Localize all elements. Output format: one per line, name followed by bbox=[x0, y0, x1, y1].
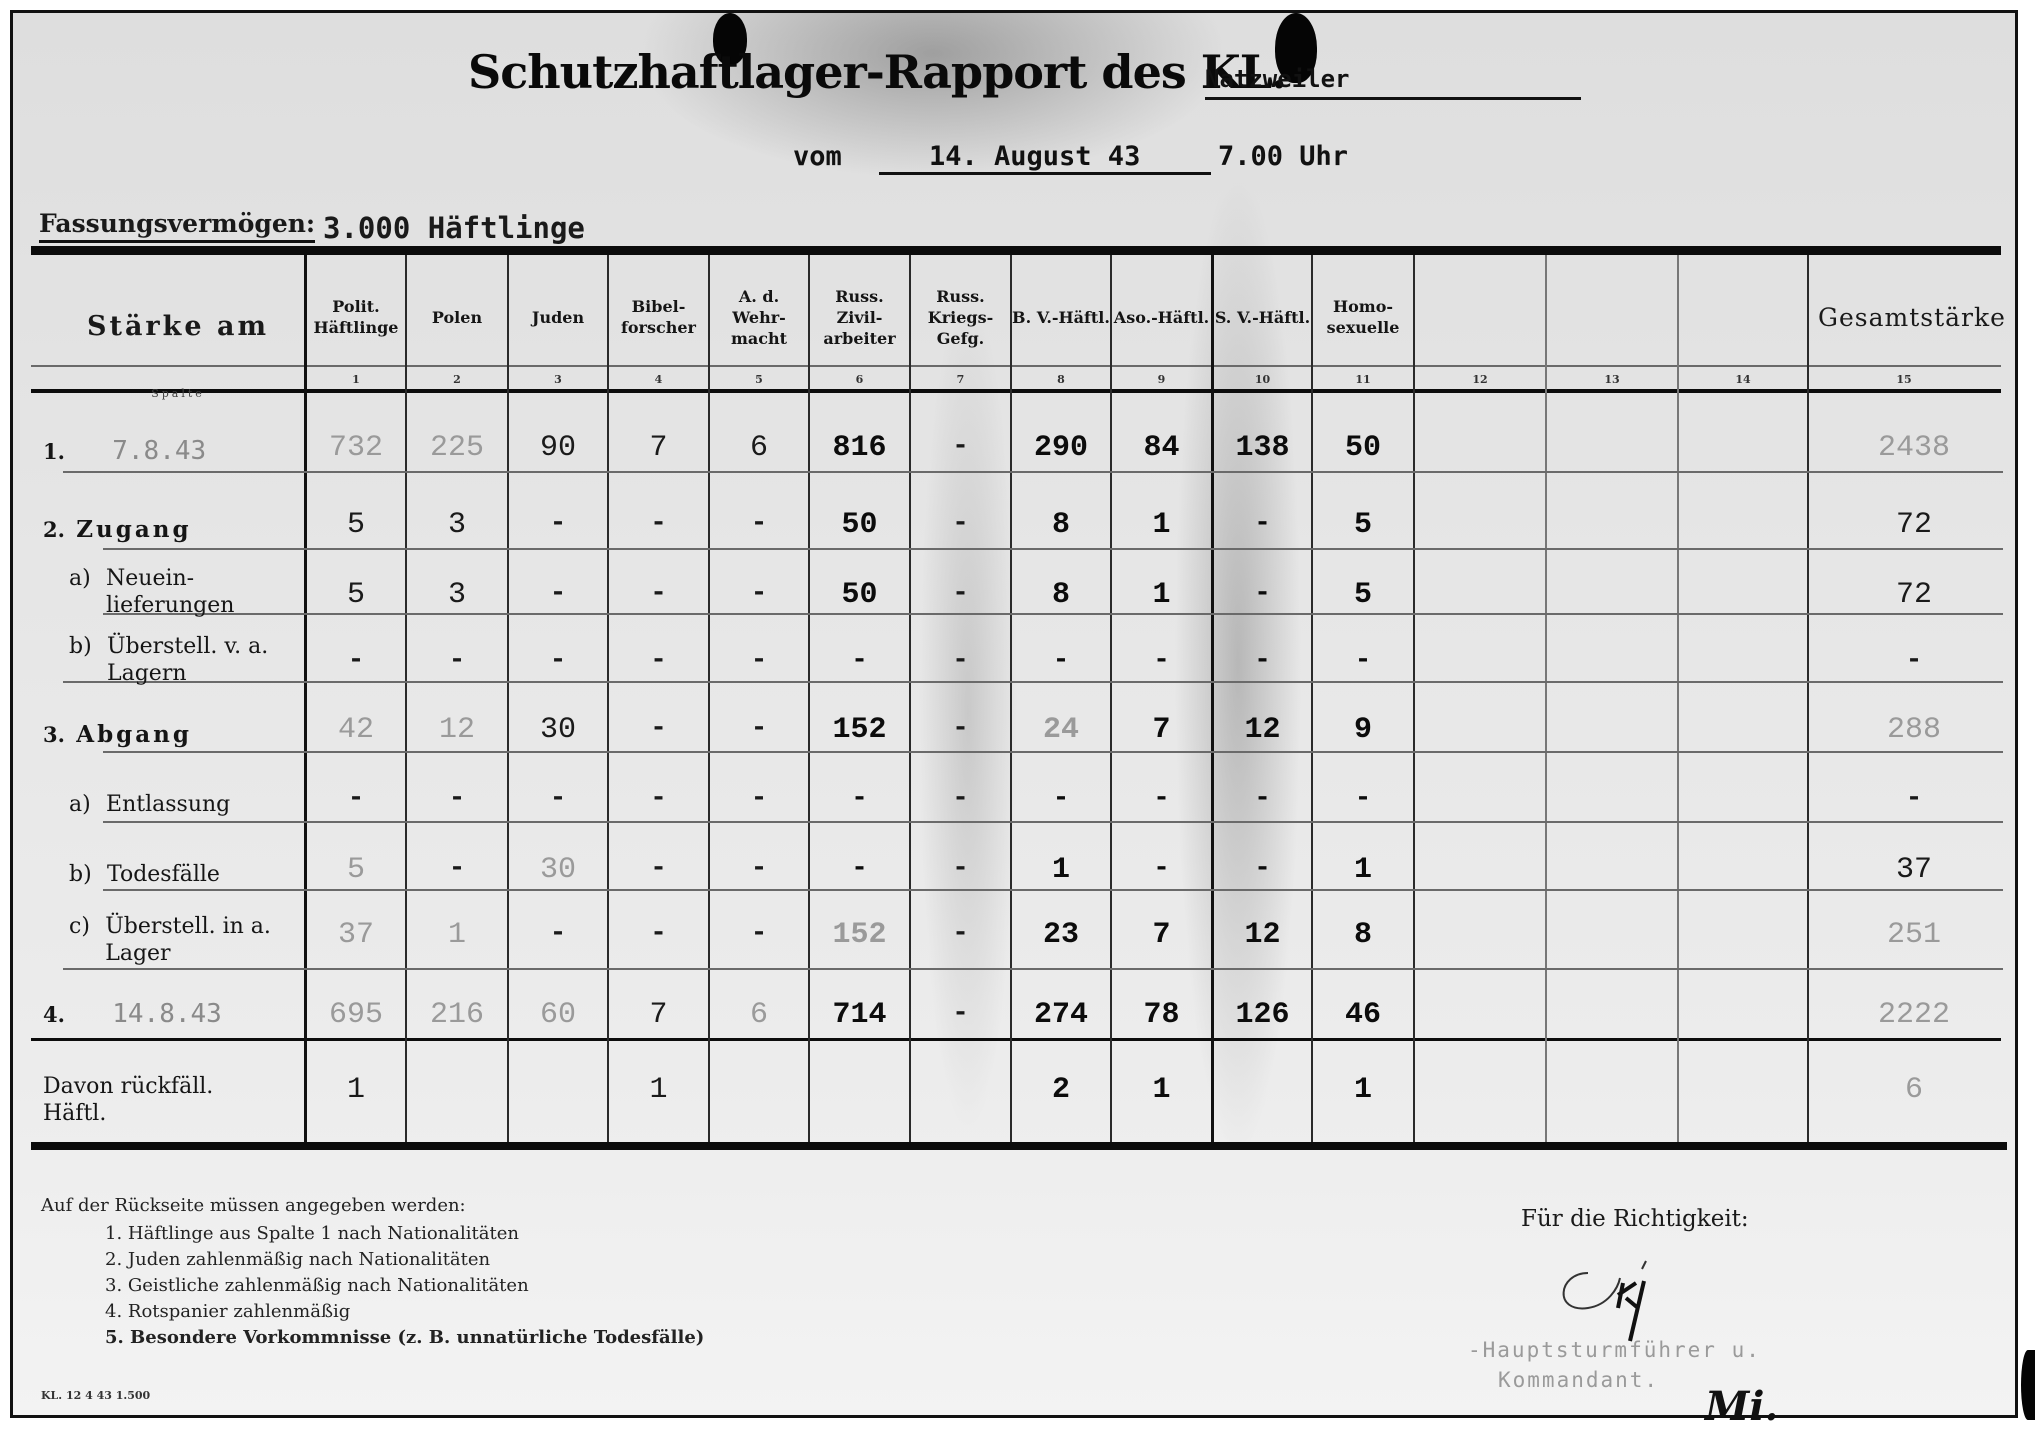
handwritten-signature-icon bbox=[1548, 1253, 1698, 1343]
header-subrule bbox=[31, 365, 2001, 367]
table-cell: - bbox=[710, 713, 808, 744]
table-cell: - bbox=[1214, 853, 1311, 884]
table-cell: 30 bbox=[509, 713, 607, 747]
row-number: 3. bbox=[43, 722, 65, 747]
column-number: 8 bbox=[1012, 373, 1110, 386]
table-cell: - bbox=[911, 645, 1010, 676]
row-label-abgang: 3. Abgang bbox=[43, 721, 192, 749]
row-label-ueberstell-von-lagern: b) Überstell. v. a. Lagern bbox=[69, 633, 289, 687]
column-number: 10 bbox=[1214, 373, 1311, 386]
table-cell: 5 bbox=[1313, 578, 1413, 612]
table-cell: - bbox=[1214, 645, 1311, 676]
table-cell: 1 bbox=[1112, 508, 1211, 542]
table-cell: 1 bbox=[307, 1073, 405, 1107]
column-header-aso-haeftl: Aso.-Häftl. bbox=[1112, 271, 1211, 363]
table-cell: - bbox=[609, 783, 708, 814]
row-number: 2. bbox=[43, 517, 65, 542]
notes-heading: Auf der Rückseite müssen angegeben werde… bbox=[41, 1193, 704, 1219]
column-divider bbox=[1545, 255, 1547, 1142]
table-cell: 126 bbox=[1214, 998, 1311, 1032]
form-number: KL. 12 4 43 1.500 bbox=[41, 1389, 150, 1402]
report-time-field: 7.00 Uhr bbox=[1218, 141, 1348, 172]
table-cell: 138 bbox=[1214, 431, 1311, 465]
table-cell: - bbox=[609, 645, 708, 676]
row-label-end-date: 4. 14.8.43 bbox=[43, 1001, 222, 1029]
table-cell: - bbox=[509, 578, 607, 609]
table-cell: - bbox=[609, 508, 708, 539]
table-cell: 251 bbox=[1819, 918, 2009, 952]
table-cell: 7 bbox=[609, 431, 708, 465]
table-cell: - bbox=[509, 645, 607, 676]
table-cell: - bbox=[710, 508, 808, 539]
table-cell: 2 bbox=[1012, 1073, 1110, 1107]
table-bottom-rule bbox=[31, 1142, 2007, 1150]
table-cell: - bbox=[1819, 783, 2009, 814]
table-cell: - bbox=[1112, 783, 1211, 814]
table-cell: 8 bbox=[1012, 508, 1110, 542]
row-divider bbox=[63, 681, 2003, 683]
column-header-russ-kriegsgefangene: Russ. Kriegs-Gefg. bbox=[911, 271, 1010, 363]
notes-item: 2. Juden zahlenmäßig nach Nationalitäten bbox=[105, 1247, 704, 1273]
table-cell: 9 bbox=[1313, 713, 1413, 747]
column-header-bibelforscher: Bibel-forscher bbox=[609, 271, 708, 363]
table-cell: 2438 bbox=[1819, 431, 2009, 465]
table-cell: - bbox=[710, 918, 808, 949]
row-label-rueckfaellige: Davon rückfäll. Häftl. bbox=[43, 1073, 263, 1127]
column-number: 2 bbox=[407, 373, 507, 386]
row-title: Abgang bbox=[76, 721, 192, 748]
column-number: 5 bbox=[710, 373, 808, 386]
table-cell: 72 bbox=[1819, 508, 2009, 542]
notes-item: 4. Rotspanier zahlenmäßig bbox=[105, 1299, 704, 1325]
table-cell: 274 bbox=[1012, 998, 1110, 1032]
table-cell: - bbox=[911, 578, 1010, 609]
table-cell: 24 bbox=[1012, 713, 1110, 747]
table-cell: - bbox=[1012, 783, 1110, 814]
row-title: Zugang bbox=[76, 516, 191, 543]
table-cell: - bbox=[407, 645, 507, 676]
table-cell: 216 bbox=[407, 998, 507, 1032]
table-cell: 72 bbox=[1819, 578, 2009, 612]
table-cell: 714 bbox=[810, 998, 909, 1032]
column-header-polit-haeftlinge: Polit. Häftlinge bbox=[307, 271, 405, 363]
table-cell: - bbox=[710, 578, 808, 609]
row-divider bbox=[103, 751, 2003, 753]
row-number: a) bbox=[69, 566, 91, 591]
column-header-polen: Polen bbox=[407, 271, 507, 363]
table-cell: 7 bbox=[1112, 713, 1211, 747]
table-cell: - bbox=[609, 578, 708, 609]
table-cell: - bbox=[609, 713, 708, 744]
row-label-todesfaelle: b) Todesfälle bbox=[69, 861, 220, 888]
column-divider bbox=[1807, 255, 1809, 1142]
table-cell: - bbox=[911, 918, 1010, 949]
certification-label: Für die Richtigkeit: bbox=[1521, 1206, 1749, 1232]
table-cell: 1 bbox=[1012, 853, 1110, 887]
table-cell: 290 bbox=[1012, 431, 1110, 465]
table-cell: 5 bbox=[307, 578, 405, 612]
row-title: Überstell. in a. Lager bbox=[105, 913, 275, 967]
column-header-sv-haeftl: S. V.-Häftl. bbox=[1214, 271, 1311, 363]
table-cell: 732 bbox=[307, 431, 405, 465]
table-cell: - bbox=[710, 783, 808, 814]
row-number: 4. bbox=[43, 1002, 65, 1027]
notes-item: 1. Häftlinge aus Spalte 1 nach Nationali… bbox=[105, 1221, 704, 1247]
row-label-ueberstell-in-lager: c) Überstell. in a. Lager bbox=[69, 913, 289, 967]
row4-bottom-rule bbox=[31, 1038, 2001, 1041]
stamp-line: -Hauptsturmführer u. bbox=[1468, 1335, 1761, 1365]
row-divider bbox=[63, 968, 2003, 970]
row-label-entlassung: a) Entlassung bbox=[69, 791, 230, 818]
table-cell: 1 bbox=[1112, 1073, 1211, 1107]
table-cell: 7 bbox=[1112, 918, 1211, 952]
table-cell: 8 bbox=[1012, 578, 1110, 612]
table-cell: 50 bbox=[1313, 431, 1413, 465]
row-title: Entlassung bbox=[106, 792, 230, 817]
column-number: 11 bbox=[1313, 373, 1413, 386]
row-divider bbox=[103, 821, 2003, 823]
table-cell: 23 bbox=[1012, 918, 1110, 952]
table-cell: - bbox=[1819, 645, 2009, 676]
table-cell: 90 bbox=[509, 431, 607, 465]
table-cell: - bbox=[307, 645, 405, 676]
table-cell: 6 bbox=[710, 998, 808, 1032]
table-cell: 1 bbox=[1313, 853, 1413, 887]
column-number: 3 bbox=[509, 373, 607, 386]
row-number: 1. bbox=[43, 439, 65, 464]
column-number: 6 bbox=[810, 373, 909, 386]
table-cell: 37 bbox=[307, 918, 405, 952]
table-cell: 1 bbox=[1112, 578, 1211, 612]
table-cell: 1 bbox=[1313, 1073, 1413, 1107]
table-cell: - bbox=[609, 918, 708, 949]
table-cell: 60 bbox=[509, 998, 607, 1032]
table-cell: 37 bbox=[1819, 853, 2009, 887]
table-cell: - bbox=[407, 853, 507, 884]
table-cell: - bbox=[1112, 853, 1211, 884]
capacity-label: Fassungsvermögen: bbox=[39, 209, 315, 243]
column-number: 9 bbox=[1112, 373, 1211, 386]
row-title: Davon rückfäll. Häftl. bbox=[43, 1074, 213, 1126]
notes-item: 3. Geistliche zahlenmäßig nach Nationali… bbox=[105, 1273, 704, 1299]
table-cell: 7 bbox=[609, 998, 708, 1032]
table-cell: - bbox=[1313, 783, 1413, 814]
camp-name-field: Natzweiler bbox=[1205, 65, 1581, 100]
column-number: 7 bbox=[911, 373, 1010, 386]
column-number: 13 bbox=[1547, 373, 1677, 386]
table-cell: 12 bbox=[407, 713, 507, 747]
row-title: Todesfälle bbox=[107, 862, 220, 887]
row-divider bbox=[103, 548, 2003, 550]
column-header-gesamtstaerke: Gesamtstärke bbox=[1818, 303, 1998, 332]
row-title: Überstell. v. a. Lagern bbox=[107, 633, 277, 687]
notes-list: 1. Häftlinge aus Spalte 1 nach Nationali… bbox=[105, 1221, 704, 1351]
table-cell: - bbox=[1012, 645, 1110, 676]
table-cell: - bbox=[710, 853, 808, 884]
row-title: Neuein-lieferungen bbox=[106, 565, 276, 619]
table-cell: 1 bbox=[609, 1073, 708, 1107]
table-cell: 695 bbox=[307, 998, 405, 1032]
column-header-homosexuelle: Homo-sexuelle bbox=[1313, 271, 1413, 363]
column-number: 4 bbox=[609, 373, 708, 386]
table-cell: - bbox=[1112, 645, 1211, 676]
row-divider bbox=[103, 613, 2003, 615]
table-cell: 1 bbox=[407, 918, 507, 952]
table-cell: 12 bbox=[1214, 918, 1311, 952]
column-number: 15 bbox=[1809, 373, 1999, 386]
report-title: Schutzhaftlager-Rapport des KL. bbox=[468, 45, 1286, 99]
table-cell: - bbox=[1214, 508, 1311, 539]
row-divider bbox=[63, 471, 2003, 473]
row-number: a) bbox=[69, 792, 91, 817]
table-cell: 78 bbox=[1112, 998, 1211, 1032]
table-cell: 288 bbox=[1819, 713, 2009, 747]
table-cell: - bbox=[1214, 578, 1311, 609]
table-cell: - bbox=[509, 508, 607, 539]
table-cell: - bbox=[911, 713, 1010, 744]
table-cell: - bbox=[509, 918, 607, 949]
table-cell: 42 bbox=[307, 713, 405, 747]
header-bottom-rule bbox=[31, 389, 2001, 393]
table-cell: - bbox=[307, 783, 405, 814]
column-number: 12 bbox=[1415, 373, 1545, 386]
row-label-neueinlieferungen: a) Neuein-lieferungen bbox=[69, 565, 289, 619]
table-cell: - bbox=[609, 853, 708, 884]
table-cell: - bbox=[710, 645, 808, 676]
notes-item: 5. Besondere Vorkommnisse (z. B. unnatür… bbox=[105, 1325, 704, 1351]
table-cell: - bbox=[810, 783, 909, 814]
row-label-zugang: 2. Zugang bbox=[43, 516, 192, 544]
table-cell: 5 bbox=[307, 508, 405, 542]
table-cell: - bbox=[911, 783, 1010, 814]
column-header-juden: Juden bbox=[509, 271, 607, 363]
table-cell: - bbox=[911, 853, 1010, 884]
row-number: c) bbox=[69, 914, 90, 939]
table-cell: 5 bbox=[307, 853, 405, 887]
table-cell: 12 bbox=[1214, 713, 1311, 747]
table-cell: 30 bbox=[509, 853, 607, 887]
table-top-rule bbox=[31, 246, 2001, 255]
row-number: b) bbox=[69, 862, 92, 887]
column-divider bbox=[1413, 255, 1415, 1142]
table-cell: 225 bbox=[407, 431, 507, 465]
table-cell: 46 bbox=[1313, 998, 1413, 1032]
row-divider bbox=[103, 889, 2003, 891]
backside-notes: Auf der Rückseite müssen angegeben werde… bbox=[41, 1193, 704, 1351]
column-header-bv-haeftl: B. V.-Häftl. bbox=[1012, 271, 1110, 363]
row-date: 7.8.43 bbox=[112, 436, 206, 466]
column-number: 14 bbox=[1679, 373, 1807, 386]
handwritten-initial: Mi. bbox=[1705, 1383, 1778, 1429]
table-cell: 5 bbox=[1313, 508, 1413, 542]
column-number: 1 bbox=[307, 373, 405, 386]
column-divider bbox=[1677, 255, 1679, 1142]
table-cell: - bbox=[509, 783, 607, 814]
table-cell: 50 bbox=[810, 508, 909, 542]
row-header-spalte: Spalte bbox=[43, 387, 313, 400]
table-cell: 152 bbox=[810, 713, 909, 747]
date-prefix: vom bbox=[793, 141, 842, 172]
table-cell: 152 bbox=[810, 918, 909, 952]
table-cell: 3 bbox=[407, 508, 507, 542]
table-cell: - bbox=[810, 853, 909, 884]
row-label-start-date: 1. 7.8.43 bbox=[43, 438, 206, 466]
table-cell: 6 bbox=[1819, 1073, 2009, 1107]
table-cell: 8 bbox=[1313, 918, 1413, 952]
row-date: 14.8.43 bbox=[112, 999, 222, 1029]
column-header-russ-zivilarbeiter: Russ. Zivil-arbeiter bbox=[810, 271, 909, 363]
row-number: b) bbox=[69, 634, 92, 659]
table-cell: - bbox=[810, 645, 909, 676]
capacity-value: 3.000 Häftlinge bbox=[323, 211, 585, 245]
table-cell: - bbox=[911, 998, 1010, 1029]
table-cell: 6 bbox=[710, 431, 808, 465]
table-cell: 3 bbox=[407, 578, 507, 612]
report-date-field: 14. August 43 bbox=[879, 141, 1211, 175]
document-page: Schutzhaftlager-Rapport des KL. Natzweil… bbox=[10, 10, 2018, 1418]
scan-edge-mark bbox=[2021, 1350, 2035, 1420]
table-cell: 2222 bbox=[1819, 998, 2009, 1032]
table-cell: 50 bbox=[810, 578, 909, 612]
table-cell: 84 bbox=[1112, 431, 1211, 465]
table-cell: - bbox=[1214, 783, 1311, 814]
row-header-title: Stärke am bbox=[43, 311, 313, 342]
table-cell: - bbox=[1313, 645, 1413, 676]
table-cell: - bbox=[911, 431, 1010, 462]
table-cell: - bbox=[911, 508, 1010, 539]
table-cell: - bbox=[407, 783, 507, 814]
column-header-wehrmacht: A. d. Wehr-macht bbox=[710, 271, 808, 363]
table-cell: 816 bbox=[810, 431, 909, 465]
